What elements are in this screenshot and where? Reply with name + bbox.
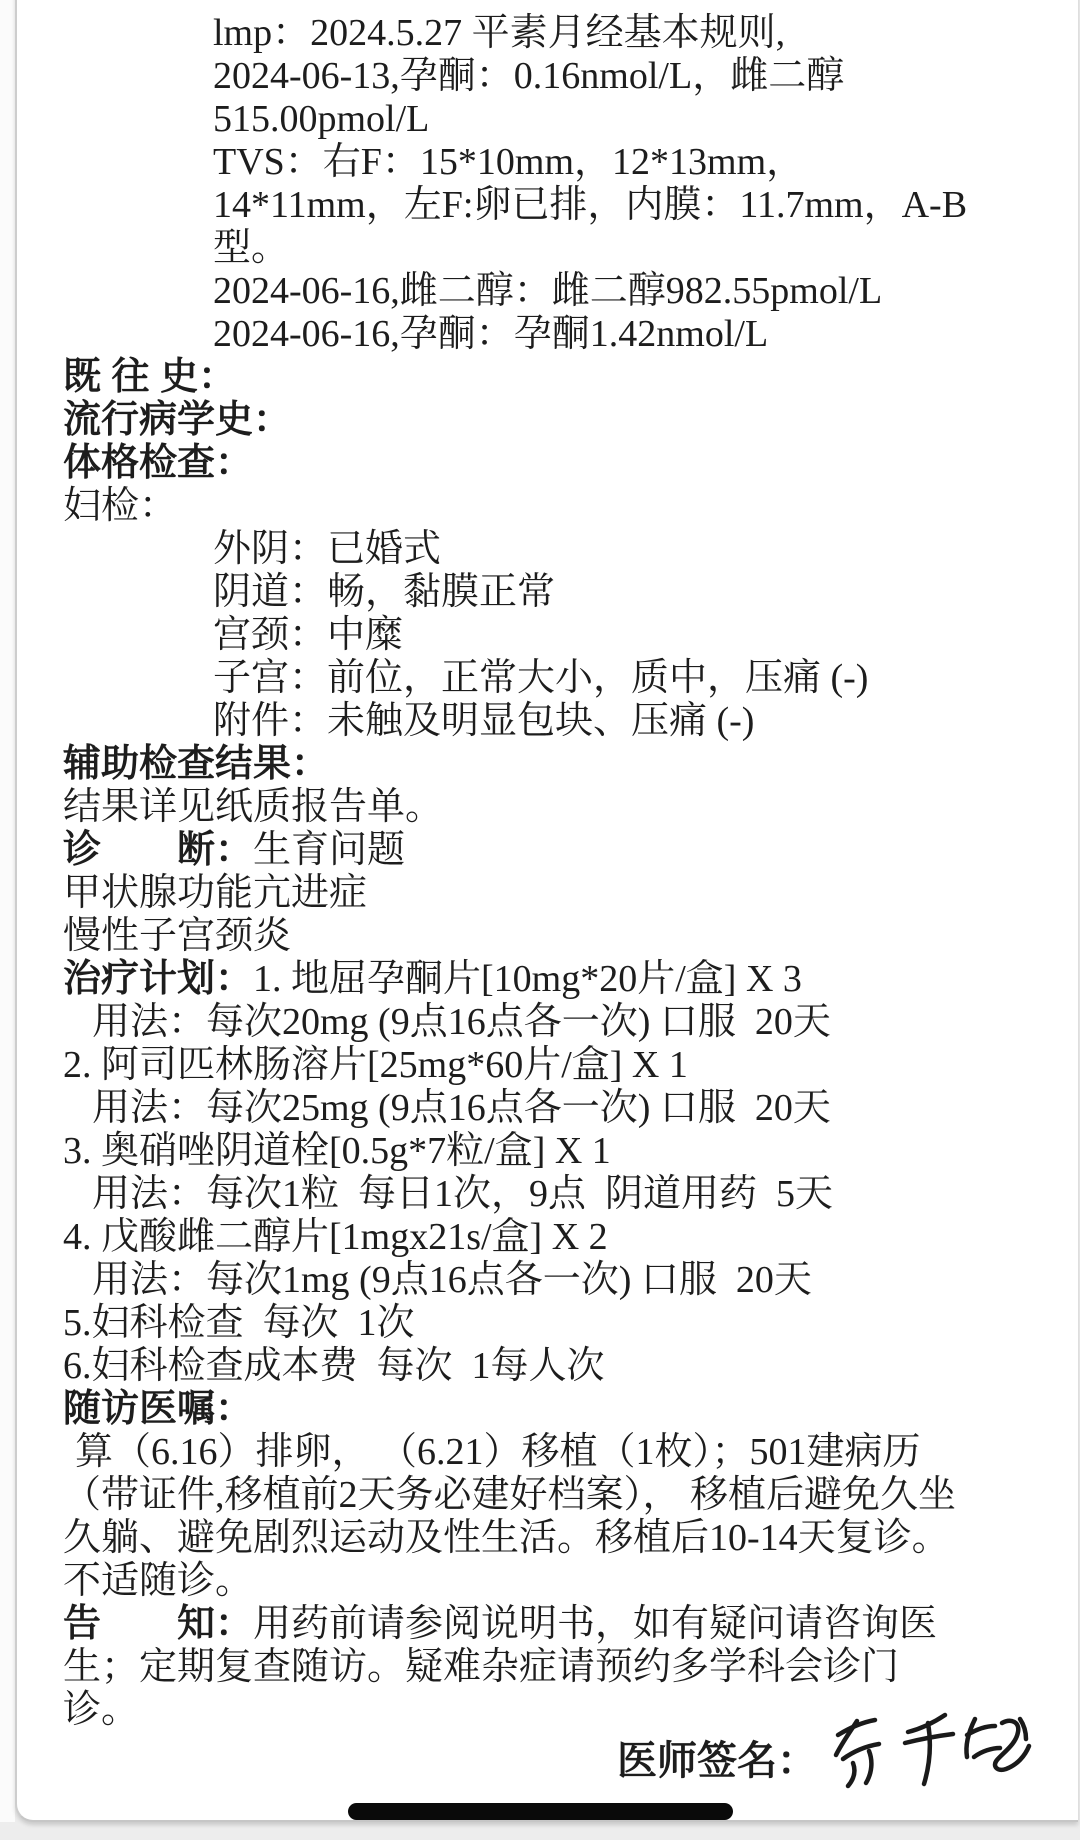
record-line-heading: 流行病学史：	[63, 399, 291, 441]
record-line-text: 久躺、避免剧烈运动及性生活。移植后10-14天复诊。	[63, 1517, 950, 1559]
record-line-text: 用法：每次1mg (9点16点各一次) 口服 20天	[92, 1259, 812, 1301]
record-line: 阴道：畅，黏膜正常	[17, 571, 1078, 614]
record-line: 2. 阿司匹林肠溶片[25mg*60片/盒] X 1	[17, 1044, 1078, 1087]
record-content: lmp：2024.5.27 平素月经基本规则,2024-06-13,孕酮：0.1…	[17, 0, 1078, 1837]
signature-row: 医师签名：	[17, 1737, 1078, 1837]
home-indicator[interactable]	[348, 1803, 733, 1820]
record-line: 生；定期复查随访。疑难杂症请预约多学科会诊门	[17, 1646, 1078, 1689]
record-line-text: 5.妇科检查 每次 1次	[63, 1302, 415, 1344]
record-line-text: 外阴：已婚式	[213, 528, 441, 570]
record-line-text: （带证件,移植前2天务必建好档案）， 移植后避免久坐	[63, 1474, 956, 1516]
record-line-text: 14*11mm，左F:卵已排，内膜：11.7mm，A-B	[213, 184, 967, 226]
record-line-heading: 告 知：	[63, 1603, 253, 1645]
record-line-text: 甲状腺功能亢进症	[63, 872, 367, 914]
page-left-margin	[0, 0, 15, 1822]
record-line-text: 阴道：畅，黏膜正常	[213, 571, 555, 613]
record-line-text: TVS：右F：15*10mm，12*13mm，	[213, 141, 804, 183]
record-line: 3. 奥硝唑阴道栓[0.5g*7粒/盒] X 1	[17, 1130, 1078, 1173]
record-line: 诊 断：生育问题	[17, 829, 1078, 872]
record-line: 2024-06-13,孕酮：0.16nmol/L，雌二醇	[17, 55, 1078, 98]
record-line-heading: 既 往 史：	[63, 356, 236, 398]
record-line-text: 3. 奥硝唑阴道栓[0.5g*7粒/盒] X 1	[63, 1130, 611, 1172]
record-line: 不适随诊。	[17, 1560, 1078, 1603]
record-line-text: 慢性子宫颈炎	[63, 915, 291, 957]
record-line: 6.妇科检查成本费 每次 1每人次	[17, 1345, 1078, 1388]
record-line-text: 2. 阿司匹林肠溶片[25mg*60片/盒] X 1	[63, 1044, 688, 1086]
record-line-heading: 随访医嘱：	[63, 1388, 253, 1430]
record-line-text: 用法：每次20mg (9点16点各一次) 口服 20天	[92, 1001, 831, 1043]
record-line-heading: 体格检查：	[63, 442, 253, 484]
record-line-text: 用法：每次25mg (9点16点各一次) 口服 20天	[92, 1087, 831, 1129]
record-line: lmp：2024.5.27 平素月经基本规则,	[17, 12, 1078, 55]
record-line: 附件：未触及明显包块、压痛 (-)	[17, 700, 1078, 743]
record-line: 慢性子宫颈炎	[17, 915, 1078, 958]
record-line-text: 1. 地屈孕酮片[10mg*20片/盒] X 3	[253, 958, 802, 1000]
record-line: 体格检查：	[17, 442, 1078, 485]
record-line: （带证件,移植前2天务必建好档案）， 移植后避免久坐	[17, 1474, 1078, 1517]
record-line-text: 2024-06-16,孕酮：孕酮1.42nmol/L	[213, 313, 768, 355]
record-line-text: 宫颈：中糜	[213, 614, 403, 656]
record-line: 14*11mm，左F:卵已排，内膜：11.7mm，A-B	[17, 184, 1078, 227]
record-line: 子宫：前位，正常大小，质中，压痛 (-)	[17, 657, 1078, 700]
record-line: 外阴：已婚式	[17, 528, 1078, 571]
record-line-heading: 治疗计划：	[63, 958, 253, 1000]
record-line-text: 算（6.16）排卵， （6.21）移植（1枚）；501建病历	[75, 1431, 921, 1473]
record-line-text: 生育问题	[253, 829, 405, 871]
record-line: 结果详见纸质报告单。	[17, 786, 1078, 829]
record-line-text: 2024-06-16,雌二醇：雌二醇982.55pmol/L	[213, 270, 882, 312]
record-line-text: 2024-06-13,孕酮：0.16nmol/L，雌二醇	[213, 55, 844, 97]
record-line: 用法：每次1粒 每日1次，9点 阴道用药 5天	[17, 1173, 1078, 1216]
record-line: 用法：每次1mg (9点16点各一次) 口服 20天	[17, 1259, 1078, 1302]
record-line: 辅助检查结果：	[17, 743, 1078, 786]
record-line-text: 诊。	[63, 1689, 139, 1731]
record-line-text: 生；定期复查随访。疑难杂症请预约多学科会诊门	[63, 1646, 899, 1688]
record-line: TVS：右F：15*10mm，12*13mm，	[17, 141, 1078, 184]
record-line-text: 用药前请参阅说明书，如有疑问请咨询医	[253, 1603, 937, 1645]
record-line: 随访医嘱：	[17, 1388, 1078, 1431]
record-line: 算（6.16）排卵， （6.21）移植（1枚）；501建病历	[17, 1431, 1078, 1474]
record-line: 久躺、避免剧烈运动及性生活。移植后10-14天复诊。	[17, 1517, 1078, 1560]
record-line: 型。	[17, 227, 1078, 270]
record-line: 妇检：	[17, 485, 1078, 528]
record-line-text: 515.00pmol/L	[213, 98, 429, 140]
record-line: 5.妇科检查 每次 1次	[17, 1302, 1078, 1345]
record-line-text: 附件：未触及明显包块、压痛 (-)	[213, 700, 754, 742]
record-line: 甲状腺功能亢进症	[17, 872, 1078, 915]
record-line-text: 用法：每次1粒 每日1次，9点 阴道用药 5天	[92, 1173, 833, 1215]
record-line-text: 妇检：	[63, 485, 177, 527]
record-line-text: 6.妇科检查成本费 每次 1每人次	[63, 1345, 605, 1387]
record-line-text: 4. 戊酸雌二醇片[1mgx21s/盒] X 2	[63, 1216, 608, 1258]
record-line-text: 结果详见纸质报告单。	[63, 786, 443, 828]
record-card: lmp：2024.5.27 平素月经基本规则,2024-06-13,孕酮：0.1…	[15, 0, 1078, 1822]
record-lines: lmp：2024.5.27 平素月经基本规则,2024-06-13,孕酮：0.1…	[17, 12, 1078, 1732]
record-line: 治疗计划：1. 地屈孕酮片[10mg*20片/盒] X 3	[17, 958, 1078, 1001]
record-line: 既 往 史：	[17, 356, 1078, 399]
medical-record-screen: lmp：2024.5.27 平素月经基本规则,2024-06-13,孕酮：0.1…	[0, 0, 1080, 1840]
record-line: 2024-06-16,雌二醇：雌二醇982.55pmol/L	[17, 270, 1078, 313]
record-line: 用法：每次20mg (9点16点各一次) 口服 20天	[17, 1001, 1078, 1044]
record-line-heading: 诊 断：	[63, 829, 253, 871]
record-line: 宫颈：中糜	[17, 614, 1078, 657]
record-line-text: 型。	[213, 227, 289, 269]
doctor-signature-handwriting	[823, 1699, 1038, 1799]
record-line: 流行病学史：	[17, 399, 1078, 442]
record-line-text: 不适随诊。	[63, 1560, 253, 1602]
record-line: 告 知：用药前请参阅说明书，如有疑问请咨询医	[17, 1603, 1078, 1646]
record-line: 4. 戊酸雌二醇片[1mgx21s/盒] X 2	[17, 1216, 1078, 1259]
record-line: 用法：每次25mg (9点16点各一次) 口服 20天	[17, 1087, 1078, 1130]
record-line-heading: 辅助检查结果：	[63, 743, 329, 785]
record-line: 2024-06-16,孕酮：孕酮1.42nmol/L	[17, 313, 1078, 356]
record-line-text: 子宫：前位，正常大小，质中，压痛 (-)	[213, 657, 868, 699]
record-line-text: lmp：2024.5.27 平素月经基本规则,	[213, 12, 785, 54]
record-line: 515.00pmol/L	[17, 98, 1078, 141]
doctor-signature-label: 医师签名：	[617, 1737, 817, 1785]
